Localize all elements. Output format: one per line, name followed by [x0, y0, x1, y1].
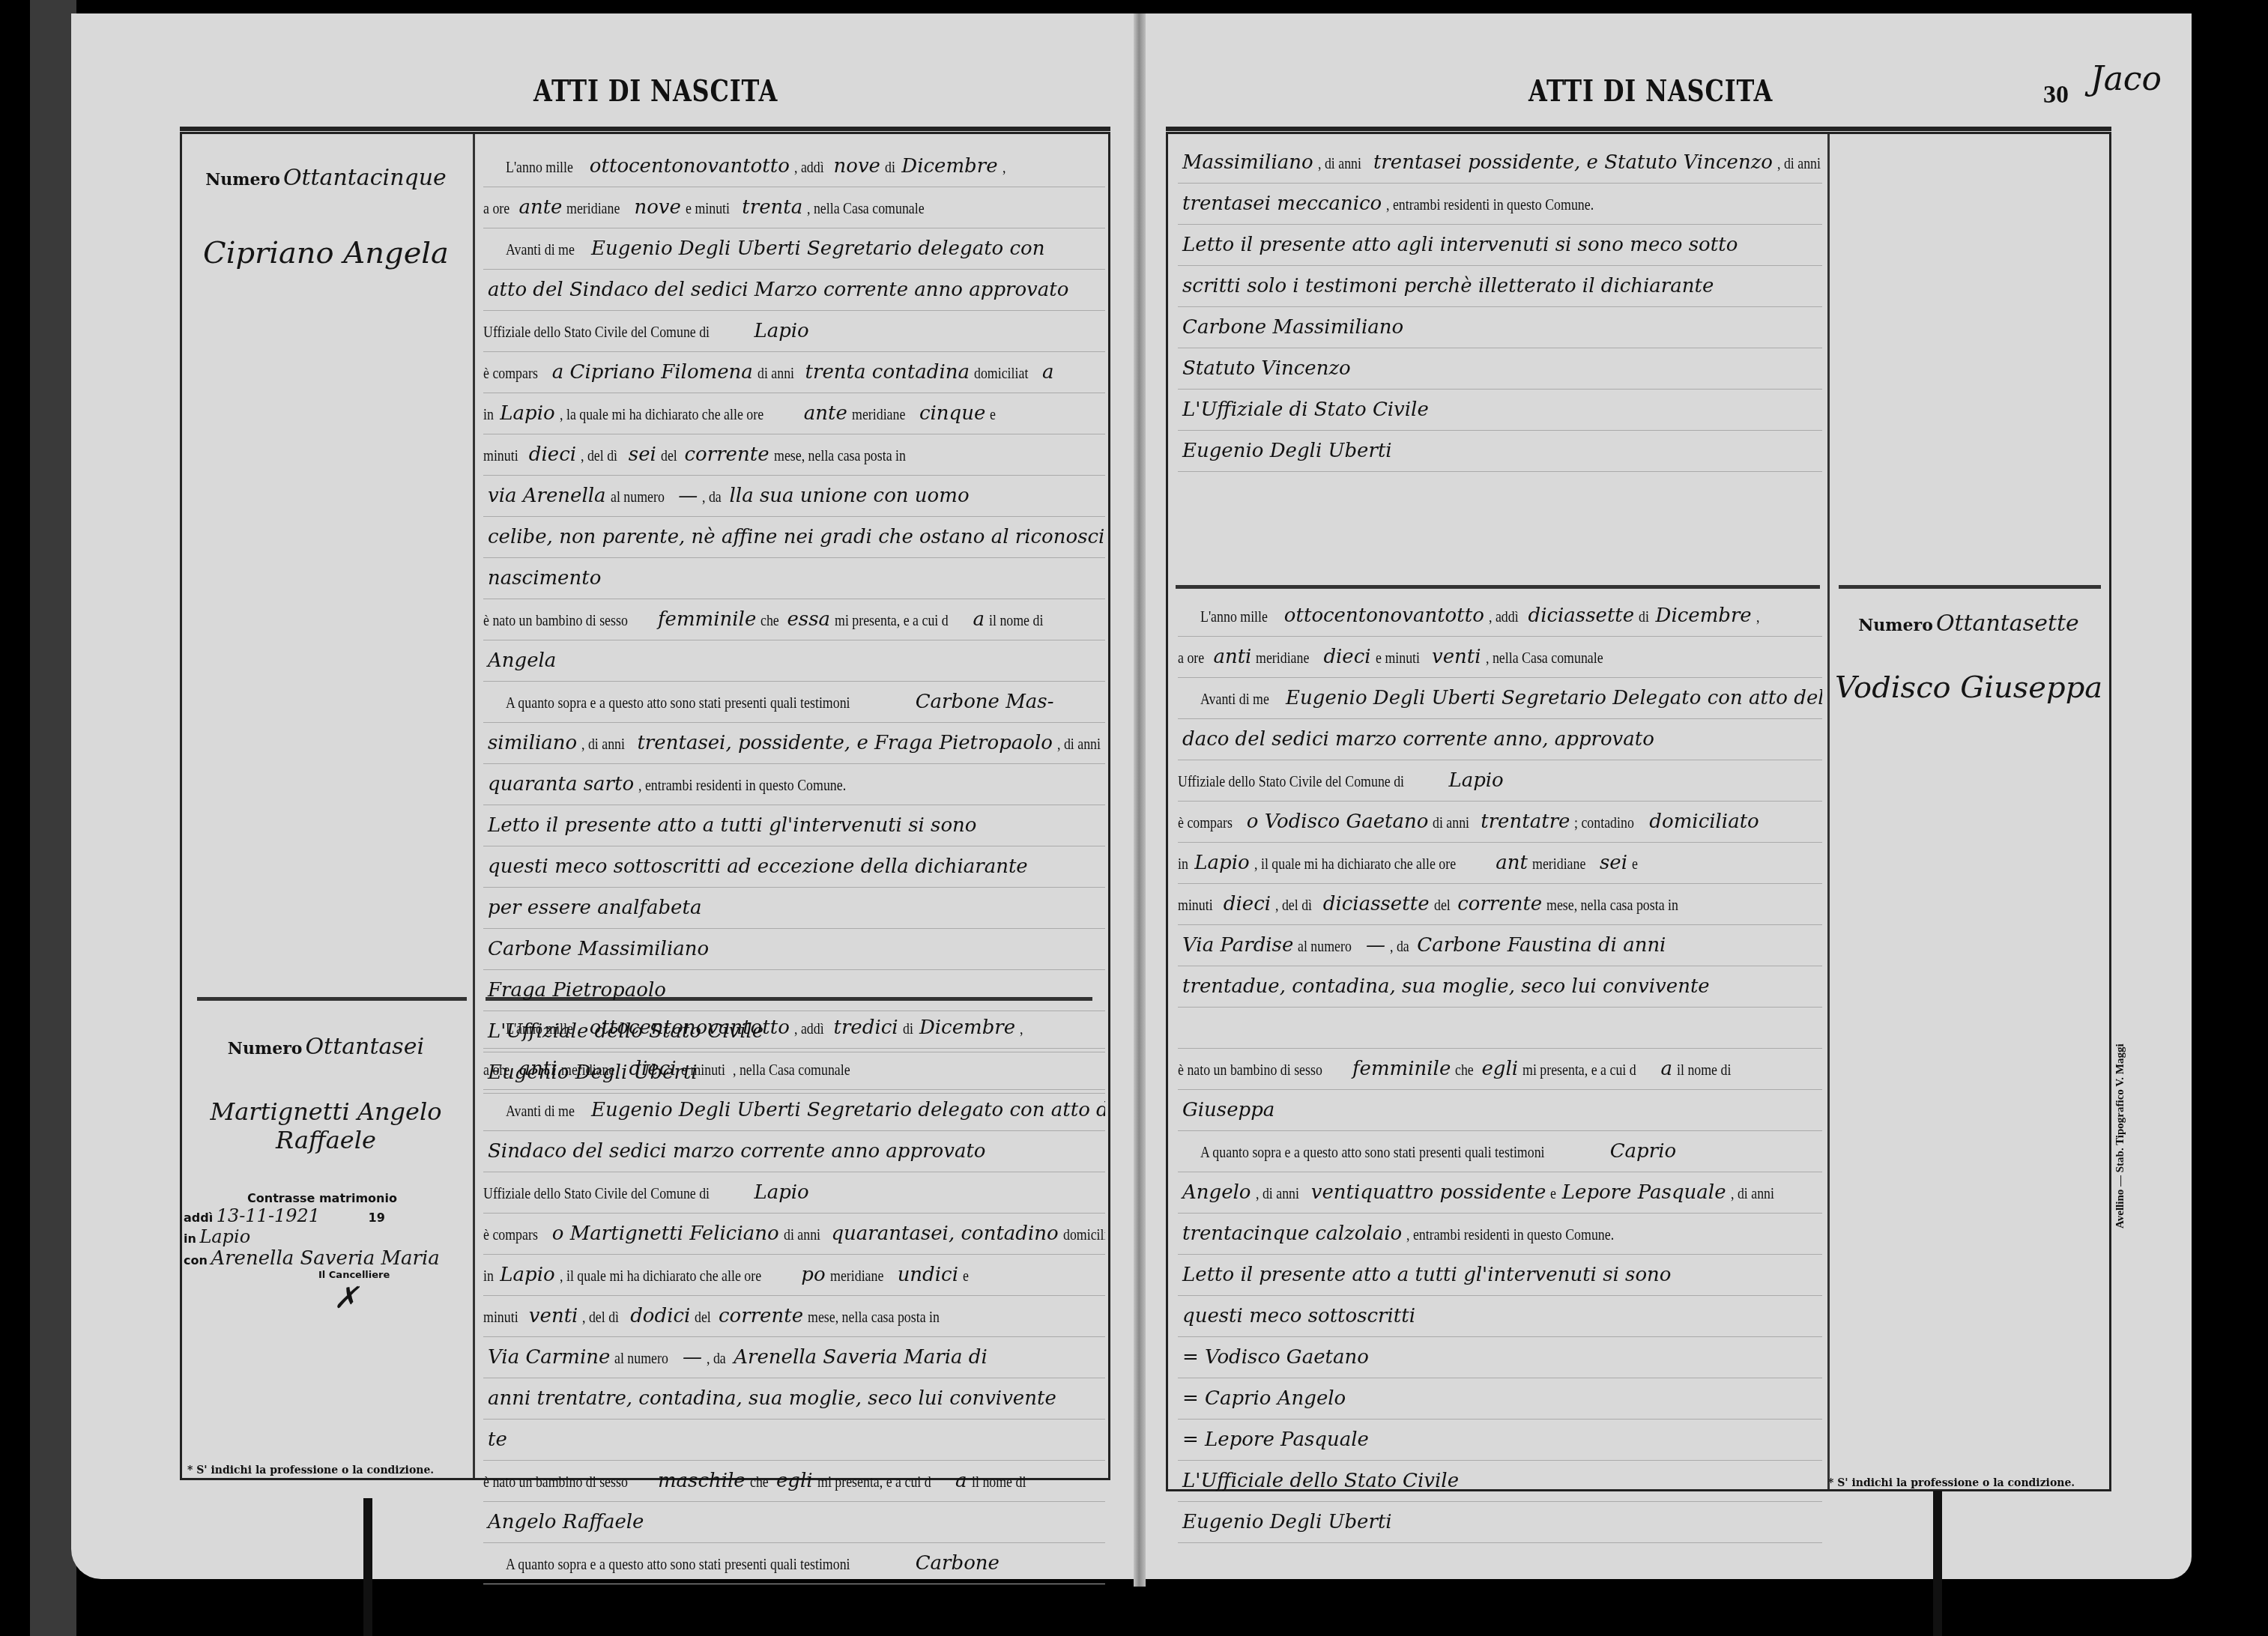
handwritten-text: trentasei possidente, e Statuto Vincenzo — [1373, 151, 1773, 174]
printed-text: mese, nella casa posta in — [1546, 885, 1678, 925]
numero-value: Ottantacinque — [283, 165, 447, 191]
printed-text: mi presenta, e a cui d — [1522, 1049, 1636, 1090]
handwritten-text: Lapio — [754, 320, 808, 342]
handwritten-text: venti — [1432, 646, 1481, 668]
record-line: questi meco sottoscritti — [1178, 1296, 1822, 1337]
handwritten-text: Sindaco del sedici marzo corrente anno a… — [488, 1140, 986, 1163]
printed-text: , di anni — [1777, 143, 1821, 184]
record-line: minutiventi, del dìdodicidelcorrentemese… — [483, 1296, 1105, 1337]
handwritten-text: L'Ufficiale dello Stato Civile — [1182, 1470, 1459, 1492]
record-line: Angela — [483, 640, 1105, 682]
printed-text: , — [1020, 1008, 1023, 1049]
record-line: Letto il presente atto agli intervenuti … — [1178, 225, 1822, 266]
handwritten-text: Eugenio Degli Uberti Segretario Delegato… — [1286, 687, 1822, 709]
handwritten-text: Carbone Mas- — [916, 691, 1054, 713]
printed-text: il nome di — [1677, 1049, 1731, 1090]
record-line: A quanto sopra e a questo atto sono stat… — [483, 1543, 1105, 1584]
handwritten-text: quaranta sarto — [488, 773, 634, 796]
record-line: Statuto Vincenzo — [1178, 348, 1822, 390]
record-line: Avanti di meEugenio Degli Uberti Segreta… — [483, 1090, 1105, 1131]
printed-text: di — [885, 147, 895, 187]
printed-text: Uffiziale dello Stato Civile del Comune … — [1178, 761, 1404, 802]
handwritten-text: po — [801, 1264, 825, 1286]
printed-text: , addì — [1489, 596, 1519, 637]
handwritten-text: = Vodisco Gaetano — [1182, 1346, 1369, 1369]
printed-text: al numero — [614, 1338, 668, 1378]
record-line: a oreantimeridianediecie minuti, nella C… — [483, 1049, 1105, 1090]
printed-text: meridiane — [1256, 637, 1309, 678]
handwritten-text: cinque — [919, 402, 985, 425]
printed-text: e — [990, 394, 996, 434]
handwritten-text: ottocentonovantotto — [590, 1017, 790, 1039]
handwritten-text: Dicembre — [1656, 605, 1752, 627]
handwritten-text: Lapio — [500, 402, 554, 425]
numero-label: Numero — [228, 1039, 303, 1058]
record-line: A quanto sopra e a questo atto sono stat… — [1178, 1131, 1822, 1172]
record-line: Letto il presente atto a tutti gl'interv… — [1178, 1255, 1822, 1296]
printed-text: Avanti di me — [506, 1091, 575, 1131]
handwritten-text: Caprio — [1610, 1140, 1676, 1163]
printed-text: e minuti — [681, 1049, 725, 1090]
handwritten-text: a Cipriano Filomena — [552, 361, 753, 384]
handwritten-text: Lapio — [1448, 769, 1503, 792]
handwritten-text: via Arenella — [488, 485, 606, 507]
handwritten-text: dieci — [529, 443, 576, 466]
birth-record-86: L'anno milleottocentonovantotto, addìtre… — [483, 1008, 1105, 1584]
handwritten-text: trentasei meccanico — [1182, 193, 1382, 215]
printed-text: , di anni — [1256, 1173, 1299, 1214]
stamp-signature: ✗ — [184, 1281, 468, 1315]
handwritten-text: corrente — [719, 1305, 803, 1327]
handwritten-text: daco del sedici marzo corrente anno, app… — [1182, 728, 1654, 751]
record-line: Giuseppa — [1178, 1090, 1822, 1131]
printed-text: che — [760, 600, 779, 640]
record-line: Via Pardiseal numero—, daCarbone Faustin… — [1178, 925, 1822, 966]
handwritten-text: Dicembre — [901, 155, 997, 178]
numero-value: Ottantasette — [1936, 611, 2079, 637]
handwritten-text: Via Carmine — [488, 1346, 610, 1369]
record-line: anni trentatre, contadina, sua moglie, s… — [483, 1378, 1105, 1420]
record-line: questi meco sottoscritti ad eccezione de… — [483, 846, 1105, 888]
handwritten-text: Arenella Saveria Maria di — [734, 1346, 988, 1369]
handwritten-text: Carbone Faustina di anni — [1417, 934, 1666, 957]
record-line: L'anno milleottocentonovantotto, addìdic… — [1178, 596, 1822, 637]
printed-text: , da — [707, 1338, 726, 1378]
handwritten-text: Fraga Pietropaolo — [488, 979, 666, 1002]
handwritten-text: similiano — [488, 732, 577, 754]
handwritten-text: sei — [1600, 852, 1627, 874]
record-line: = Caprio Angelo — [1178, 1378, 1822, 1420]
handwritten-text: Angela — [488, 649, 556, 672]
printed-text: del — [695, 1297, 711, 1337]
printed-text: L'anno mille — [1200, 596, 1268, 637]
handwritten-text: trentacinque calzolaio — [1182, 1223, 1402, 1245]
handwritten-text: nove — [833, 155, 880, 178]
handwritten-text: nascimento — [488, 567, 601, 590]
printed-text: il nome di — [972, 1461, 1026, 1502]
handwritten-text: trenta contadina — [805, 361, 970, 384]
printed-text: , addì — [794, 1008, 824, 1049]
printed-text: mese, nella casa posta in — [808, 1297, 940, 1337]
scan-edge — [30, 0, 76, 1636]
handwritten-text: a — [1042, 361, 1054, 384]
handwritten-text: Lapio — [500, 1264, 554, 1286]
printed-text: minuti — [483, 1297, 518, 1337]
stamp-spouse: Arenella Saveria Maria — [211, 1247, 439, 1270]
handwritten-text: undici — [898, 1264, 958, 1286]
handwritten-text: venti — [529, 1305, 578, 1327]
record-line: a oreantemeridianenovee minutitrenta, ne… — [483, 187, 1105, 228]
printed-text: , — [1756, 596, 1759, 637]
handwritten-text: Carbone Massimiliano — [1182, 316, 1403, 339]
binding-ribbon-left — [363, 1498, 372, 1636]
handwritten-text: questi meco sottoscritti — [1182, 1305, 1415, 1327]
printed-text: , del dì — [1275, 885, 1312, 925]
handwritten-text: Letto il presente atto a tutti gl'interv… — [1182, 1264, 1672, 1286]
left-margin-entry-separator — [197, 997, 467, 1001]
handwritten-text: Angelo Raffaele — [488, 1511, 644, 1533]
record-line: Letto il presente atto a tutti gl'interv… — [483, 805, 1105, 846]
handwritten-text: dodici — [630, 1305, 690, 1327]
margin-entry-85: Numero Ottantacinque Cipriano Angela — [187, 165, 465, 270]
page-number: 30 — [2043, 81, 2069, 109]
handwritten-text: scritti solo i testimoni perchè illetter… — [1182, 275, 1714, 297]
handwritten-text: Massimiliano — [1182, 151, 1313, 174]
handwritten-text: a — [1661, 1058, 1673, 1080]
printed-text: , addì — [794, 147, 824, 187]
record-line: Avanti di meEugenio Degli Uberti Segreta… — [483, 228, 1105, 270]
record-line: nascimento — [483, 558, 1105, 599]
stamp-date: 13-11-1921 — [217, 1205, 320, 1226]
handwritten-text: Statuto Vincenzo — [1182, 357, 1351, 380]
record-line: minutidieci, del dìseidelcorrentemese, n… — [483, 434, 1105, 476]
handwritten-text: a — [973, 608, 985, 631]
printed-text: , di anni — [1318, 143, 1361, 184]
record-line: atto del Sindaco del sedici Marzo corren… — [483, 270, 1105, 311]
printed-text: di anni — [1433, 802, 1469, 843]
handwritten-text: dieci — [629, 1058, 676, 1080]
handwritten-text: lla sua unione con uomo — [730, 485, 970, 507]
printed-text: , — [1003, 147, 1006, 187]
handwritten-text: diciassette — [1528, 605, 1634, 627]
handwritten-text: essa — [787, 608, 830, 631]
printed-text: di anni — [784, 1214, 820, 1255]
child-name: Vodisco Giuseppa — [1832, 670, 2105, 705]
handwritten-text: ant — [1496, 852, 1528, 874]
handwritten-text: Carbone Massimiliano — [488, 938, 709, 960]
printed-text: mi presenta, e a cui d — [835, 600, 949, 640]
printed-text: al numero — [1298, 926, 1352, 966]
handwritten-text: dieci — [1323, 646, 1370, 668]
record-line: Massimiliano, di annitrentasei possident… — [1178, 142, 1822, 184]
printed-text: Avanti di me — [506, 229, 575, 270]
printed-text: Avanti di me — [1200, 679, 1269, 719]
record-line: Via Carmineal numero—, daArenella Saveri… — [483, 1337, 1105, 1378]
handwritten-text: a — [955, 1470, 967, 1492]
page-mark-signature: Jaco — [2090, 60, 2162, 98]
printed-text: che — [750, 1461, 769, 1502]
record-line: trentacinque calzolaio, entrambi residen… — [1178, 1214, 1822, 1255]
printed-text: , di anni — [1057, 724, 1101, 764]
printed-text: a ore — [483, 188, 509, 228]
book-fold — [1134, 13, 1146, 1587]
printed-text: a ore — [1178, 637, 1204, 678]
record-line: inLapio, il quale mi ha dichiarato che a… — [1178, 843, 1822, 884]
record-line: Angelo, di anniventiquattro possidenteeL… — [1178, 1172, 1822, 1214]
child-name: Martignetti Angelo Raffaele — [187, 1097, 465, 1154]
printed-text: è nato un bambino di sesso — [1178, 1049, 1322, 1090]
handwritten-text: = Caprio Angelo — [1182, 1387, 1346, 1410]
printed-text: , il quale mi ha dichiarato che alle ore — [1254, 843, 1456, 884]
printed-text: ; contadino — [1574, 802, 1634, 843]
handwritten-text: nove — [634, 196, 680, 219]
handwritten-text: — — [678, 485, 698, 507]
printed-text: in — [483, 1255, 494, 1296]
printed-text: è compars — [483, 353, 538, 393]
handwritten-text: — — [683, 1346, 702, 1369]
handwritten-text: Giuseppa — [1182, 1099, 1274, 1121]
printed-text: il nome di — [989, 600, 1043, 640]
printed-text: e — [963, 1255, 969, 1296]
record-line — [1178, 1008, 1822, 1049]
record-line: Uffiziale dello Stato Civile del Comune … — [483, 311, 1105, 352]
record-line: Sindaco del sedici marzo corrente anno a… — [483, 1131, 1105, 1172]
record-line: similiano, di annitrentasei, possidente,… — [483, 723, 1105, 764]
printed-text: Uffiziale dello Stato Civile del Comune … — [483, 1173, 710, 1214]
record-line: Carbone Massimiliano — [483, 929, 1105, 970]
handwritten-text: quarantasei, contadino — [831, 1223, 1058, 1245]
stamp-in-label: in — [184, 1231, 196, 1246]
birth-record-85: L'anno milleottocentonovantotto, addìnov… — [483, 146, 1105, 1094]
handwritten-text: questi meco sottoscritti ad eccezione de… — [488, 855, 1028, 878]
handwritten-text: anni trentatre, contadina, sua moglie, s… — [488, 1387, 1056, 1410]
printed-text: minuti — [1178, 885, 1213, 925]
printed-text: di anni — [757, 353, 794, 393]
record-line: è nato un bambino di sessofemminilecheeg… — [1178, 1049, 1822, 1090]
printed-text: , di anni — [581, 724, 625, 764]
handwritten-text: celibe, non parente, nè affine nei gradi… — [488, 526, 1105, 548]
printed-text: è nato un bambino di sesso — [483, 1461, 628, 1502]
handwritten-text: Via Pardise — [1182, 934, 1293, 957]
handwritten-text: trentatre — [1481, 811, 1570, 833]
handwritten-text: tredici — [833, 1017, 898, 1039]
record-line: Uffiziale dello Stato Civile del Comune … — [1178, 760, 1822, 802]
handwritten-text: Letto il presente atto a tutti gl'interv… — [488, 814, 977, 837]
printed-text: minuti — [483, 435, 518, 476]
record-line: daco del sedici marzo corrente anno, app… — [1178, 719, 1822, 760]
printed-text: , del dì — [582, 1297, 619, 1337]
record-line: Angelo Raffaele — [483, 1502, 1105, 1543]
handwritten-text: L'Uffiziale di Stato Civile — [1182, 399, 1429, 421]
handwritten-text: ante — [518, 196, 562, 219]
handwritten-text: dieci — [1224, 893, 1271, 915]
left-footnote: * S' indichi la professione o la condizi… — [187, 1464, 434, 1476]
numero-label: Numero — [205, 170, 280, 190]
stamp-addi-label: addì — [184, 1211, 213, 1225]
printed-text: in — [1178, 843, 1188, 884]
handwritten-text: trentadue, contadina, sua moglie, seco l… — [1182, 975, 1710, 998]
printer-credit: Avellino — Stab. Tipografico V. Maggi — [2114, 1043, 2127, 1228]
birth-record-87: L'anno milleottocentonovantotto, addìdic… — [1178, 596, 1822, 1543]
handwritten-text: maschile — [658, 1470, 746, 1492]
printed-text: domiciliat — [974, 353, 1028, 393]
printed-text: , la quale mi ha dichiarato che alle ore — [560, 394, 763, 434]
printed-text: a ore — [483, 1049, 509, 1090]
handwritten-text: Eugenio Degli Uberti — [1182, 440, 1392, 462]
printed-text: meridiane — [852, 394, 905, 434]
record-line: = Vodisco Gaetano — [1178, 1337, 1822, 1378]
handwritten-text: egli — [776, 1470, 813, 1492]
printed-text: , di anni — [1731, 1173, 1774, 1214]
printed-text: A quanto sopra e a questo atto sono stat… — [506, 1544, 850, 1584]
record-line: inLapio, il quale mi ha dichiarato che a… — [483, 1255, 1105, 1296]
printed-text: e — [1550, 1173, 1556, 1214]
handwritten-text: Eugenio Degli Uberti Segretario delegato… — [591, 1099, 1105, 1121]
handwritten-text: sei — [629, 443, 656, 466]
printed-text: e — [1632, 843, 1638, 884]
record-line: A quanto sopra e a questo atto sono stat… — [483, 682, 1105, 723]
margin-entry-86: Numero Ottantasei Martignetti Angelo Raf… — [187, 1034, 465, 1154]
printed-text: A quanto sopra e a questo atto sono stat… — [506, 682, 850, 723]
stamp-title: Contrasse matrimonio — [184, 1191, 468, 1205]
right-body-entry-separator — [1176, 585, 1820, 589]
record-line: L'anno milleottocentonovantotto, addìtre… — [483, 1008, 1105, 1049]
handwritten-text: ventiquattro possidente — [1311, 1181, 1546, 1204]
handwritten-text: Dicembre — [919, 1017, 1015, 1039]
numero-label: Numero — [1858, 616, 1933, 635]
printed-text: , entrambi residenti in questo Comune. — [1406, 1214, 1614, 1255]
record-line: Uffiziale dello Stato Civile del Comune … — [483, 1172, 1105, 1214]
printed-text: , da — [702, 476, 722, 517]
printed-text: meridiane — [1532, 843, 1585, 884]
handwritten-text: Eugenio Degli Uberti — [1182, 1511, 1392, 1533]
record-line: minutidieci, del dìdiciassettedelcorrent… — [1178, 884, 1822, 925]
printed-text: meridiane — [566, 188, 620, 228]
handwritten-text: Lepore Pasquale — [1562, 1181, 1726, 1204]
handwritten-text: corrente — [685, 443, 769, 466]
record-line: L'Uffiziale di Stato Civile — [1178, 390, 1822, 431]
printed-text: , del dì — [581, 435, 617, 476]
binding-ribbon-right — [1933, 1491, 1942, 1636]
handwritten-text: atto del Sindaco del sedici Marzo corren… — [488, 279, 1068, 301]
handwritten-text: o Martignetti Feliciano — [552, 1223, 779, 1245]
printed-text: , da — [1390, 926, 1409, 966]
record-line: per essere analfabeta — [483, 888, 1105, 929]
handwritten-text: Carbone — [916, 1552, 1000, 1575]
record-line: L'Ufficiale dello Stato Civile — [1178, 1461, 1822, 1502]
stamp-footer: Il Cancelliere — [184, 1270, 468, 1281]
handwritten-text: Lapio — [1194, 852, 1249, 874]
handwritten-text: anti — [518, 1058, 557, 1080]
handwritten-text: femminile — [658, 608, 756, 631]
handwritten-text: egli — [1481, 1058, 1518, 1080]
printed-text: Uffiziale dello Stato Civile del Comune … — [483, 312, 710, 352]
printed-text: , nella Casa comunale — [1486, 637, 1603, 678]
handwritten-text: — — [1366, 934, 1385, 957]
record-line: è nato un bambino di sessofemminilechees… — [483, 599, 1105, 640]
right-footnote: * S' indichi la professione o la condizi… — [1828, 1477, 2075, 1489]
left-page-header: ATTI DI NASCITA — [533, 73, 778, 109]
handwritten-text: ottocentonovantotto — [1284, 605, 1484, 627]
record-line: è comparso Vodisco Gaetanodi annitrentat… — [1178, 802, 1822, 843]
record-line: L'anno milleottocentonovantotto, addìnov… — [483, 146, 1105, 187]
record-line: scritti solo i testimoni perchè illetter… — [1178, 266, 1822, 307]
left-margin-divider — [473, 134, 475, 1478]
record-line: è nato un bambino di sessomaschilecheegl… — [483, 1461, 1105, 1502]
printed-text: è compars — [1178, 802, 1233, 843]
record-line: Eugenio Degli Uberti — [1178, 431, 1822, 472]
stamp-year-prefix: 19 — [369, 1211, 385, 1225]
record-line: via Arenellaal numero—, dalla sua unione… — [483, 476, 1105, 517]
handwritten-text: per essere analfabeta — [488, 897, 701, 919]
printed-text: meridiane — [561, 1049, 614, 1090]
printed-text: del — [661, 435, 677, 476]
record-line: te — [483, 1420, 1105, 1461]
printed-text: mese, nella casa posta in — [774, 435, 906, 476]
handwritten-text: te — [488, 1429, 507, 1451]
record-line: inLapio, la quale mi ha dichiarato che a… — [483, 393, 1105, 434]
handwritten-text: Letto il presente atto agli intervenuti … — [1182, 234, 1738, 256]
record-line: Fraga Pietropaolo — [483, 970, 1105, 1011]
handwritten-text: Angelo — [1182, 1181, 1251, 1204]
numero-value: Ottantasei — [306, 1034, 425, 1060]
right-margin-entry-separator — [1839, 585, 2101, 589]
printed-text: , entrambi residenti in questo Comune. — [1386, 184, 1594, 225]
record-line: è comparsa Cipriano Filomenadi annitrent… — [483, 352, 1105, 393]
printed-text: , il quale mi ha dichiarato che alle ore — [560, 1255, 761, 1296]
handwritten-text: Eugenio Degli Uberti Segretario delegato… — [591, 237, 1044, 260]
record-line: trentasei meccanico, entrambi residenti … — [1178, 184, 1822, 225]
printed-text: e minuti — [686, 188, 730, 228]
printed-text: domiciliat — [1063, 1214, 1105, 1255]
printed-text: L'anno mille — [506, 1008, 573, 1049]
handwritten-text: trentasei, possidente, e Fraga Pietropao… — [637, 732, 1053, 754]
child-name: Cipriano Angela — [187, 236, 465, 270]
printed-text: e minuti — [1376, 637, 1420, 678]
handwritten-text: diciassette — [1323, 893, 1430, 915]
handwritten-text: corrente — [1457, 893, 1542, 915]
right-page-header: ATTI DI NASCITA — [1528, 73, 1773, 109]
marriage-annotation-stamp: Contrasse matrimonio addì 13-11-1921 19 … — [184, 1191, 468, 1315]
right-margin-divider — [1827, 134, 1830, 1489]
record-line: = Lepore Pasquale — [1178, 1420, 1822, 1461]
handwritten-text: trenta — [742, 196, 802, 219]
handwritten-text: anti — [1213, 646, 1251, 668]
stamp-con-label: con — [184, 1253, 208, 1267]
record-line: trentadue, contadina, sua moglie, seco l… — [1178, 966, 1822, 1008]
printed-text: , nella Casa comunale — [807, 188, 925, 228]
printed-text: , entrambi residenti in questo Comune. — [638, 765, 846, 805]
handwritten-text: ottocentonovantotto — [590, 155, 790, 178]
record-line: celibe, non parente, nè affine nei gradi… — [483, 517, 1105, 558]
printed-text: mi presenta, e a cui d — [817, 1461, 931, 1502]
record-line: Carbone Massimiliano — [1178, 307, 1822, 348]
record-line: Eugenio Degli Uberti — [1178, 1502, 1822, 1543]
printed-text: del — [1434, 885, 1451, 925]
handwritten-text: ante — [804, 402, 847, 425]
handwritten-text: = Lepore Pasquale — [1182, 1429, 1369, 1451]
handwritten-text: femminile — [1352, 1058, 1451, 1080]
record-line: è comparso Martignetti Felicianodi anniq… — [483, 1214, 1105, 1255]
printed-text: che — [1455, 1049, 1474, 1090]
printed-text: , nella Casa comunale — [733, 1049, 850, 1090]
birth-record-84-continuation: Massimiliano, di annitrentasei possident… — [1178, 142, 1822, 472]
printed-text: A quanto sopra e a questo atto sono stat… — [1200, 1132, 1545, 1172]
printed-text: L'anno mille — [506, 147, 573, 187]
margin-entry-87: Numero Ottantasette Vodisco Giuseppa — [1832, 611, 2105, 705]
record-line: a oreantimeridianediecie minutiventi, ne… — [1178, 637, 1822, 678]
record-line: quaranta sarto, entrambi residenti in qu… — [483, 764, 1105, 805]
